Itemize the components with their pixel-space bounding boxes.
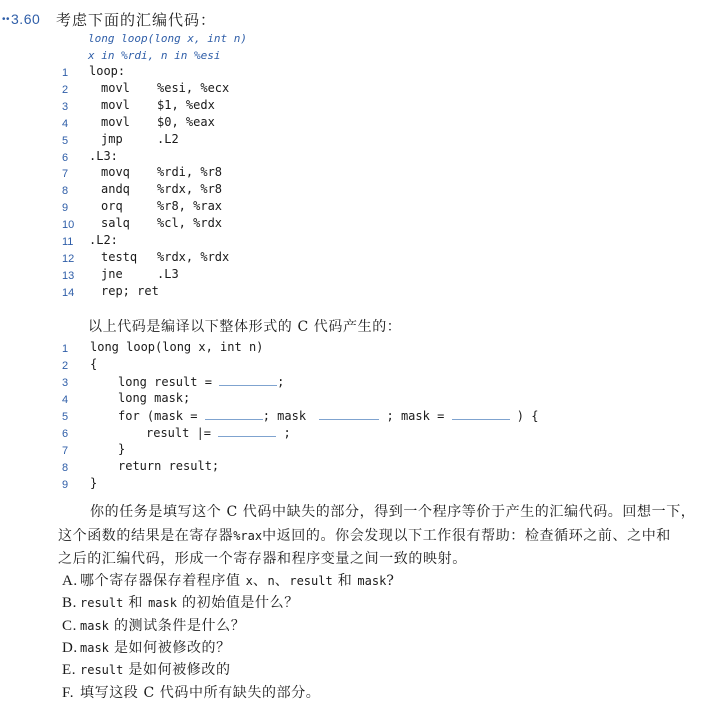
asm-line: orq%r8, %rax [101,199,222,213]
asm-opcode: rep; ret [101,284,159,298]
asm-opcode: movl [101,115,157,129]
asm-line: movl$0, %eax [101,115,215,129]
task-paragraph-line-3: 之后的汇编代码，形成一个寄存器和程序变量之间一致的映射。 [58,548,467,568]
c-line-4: long mask; [118,391,190,405]
line-number: 2 [62,360,82,372]
c-text: ; mask = [379,409,451,423]
line-number: 4 [62,118,82,130]
line-number: 12 [62,253,82,265]
question-item: E.result 是如何被修改的 [62,659,231,679]
c-text: for (mask = [118,409,205,423]
asm-operands: %esi, %ecx [157,81,229,95]
line-number: 9 [62,479,82,491]
c-text: ; mask [263,409,314,423]
register-name: %rax [233,529,262,543]
asm-line: salq%cl, %rdx [101,216,222,230]
exercise-heading: 考虑下面的汇编代码： [56,9,216,30]
line-number: 6 [62,152,82,164]
task-paragraph-line-2: 这个函数的结果是在寄存器%rax中返回的。你会发现以下工作很有帮助：检查循环之前… [58,525,671,545]
exercise-number-text: 3.60 [11,11,40,27]
question-label: B. [62,595,80,612]
question-item: A.哪个寄存器保存着程序值 x、n、result 和 mask? [62,570,394,590]
question-label: F. [62,685,80,702]
question-text: 的测试条件是什么？ [109,618,245,634]
asm-opcode: orq [101,199,157,213]
c-line-2: { [90,357,97,371]
asm-operands: %rdx, %rdx [157,250,229,264]
question-text: 填写这段 C 代码中所有缺失的部分。 [80,685,320,701]
exercise-number: ••3.60 [2,11,40,27]
line-number: 10 [62,219,82,231]
question-text: 、 [253,573,268,589]
asm-line: loop: [89,64,125,78]
asm-operands: $1, %edx [157,98,215,112]
c-line-3: long result = ; [118,374,284,389]
asm-opcode: testq [101,250,157,264]
blank-mask-update[interactable] [452,408,510,420]
question-text: 是如何被修改的？ [109,640,231,656]
blank-mask-init[interactable] [205,408,263,420]
line-number: 3 [62,101,82,113]
c-code-intro: 以上代码是编译以下整体形式的 C 代码产生的： [88,316,401,336]
asm-line: rep; ret [101,284,159,298]
line-number: 4 [62,394,82,406]
difficulty-marker: •• [2,14,10,25]
code-term: x [246,574,253,588]
asm-line: movl%esi, %ecx [101,81,229,95]
register-mapping: x in %rdi, n in %esi [88,49,220,62]
asm-line: .L3: [89,149,118,163]
line-number: 3 [62,377,82,389]
asm-opcode: jmp [101,132,157,146]
question-item: C.mask 的测试条件是什么？ [62,615,245,635]
line-number: 14 [62,287,82,299]
c-text: ; [277,375,284,389]
question-item: D.mask 是如何被修改的？ [62,637,231,657]
code-term: result [289,574,332,588]
asm-operands: .L3 [157,267,179,281]
c-text: ) { [510,409,539,423]
c-line-9: } [90,476,97,490]
asm-line: andq%rdx, %r8 [101,182,222,196]
line-number: 7 [62,168,82,180]
task-text: 中返回的。你会发现以下工作很有帮助：检查循环之前、之中和 [262,528,671,544]
c-line-6: result |= ; [146,425,291,440]
code-term: mask [80,641,109,655]
code-term: n [268,574,275,588]
question-label: E. [62,662,80,679]
line-number: 1 [62,343,82,355]
asm-opcode: jne [101,267,157,281]
blank-result-update[interactable] [218,425,276,437]
question-text: 的初始值是什么？ [177,595,299,611]
c-line-1: long loop(long x, int n) [90,340,263,354]
asm-line: jne.L3 [101,267,179,281]
question-text: 、 [275,573,290,589]
code-term: mask [148,596,177,610]
line-number: 1 [62,67,82,79]
asm-opcode: movl [101,98,157,112]
c-line-7: } [118,442,125,456]
asm-operands: .L2 [157,132,179,146]
line-number: 5 [62,135,82,147]
c-line-8: return result; [118,459,219,473]
code-term: result [80,596,123,610]
question-text: 和 [333,573,358,589]
function-signature: long loop(long x, int n) [88,32,247,45]
line-number: 7 [62,445,82,457]
line-number: 5 [62,411,82,423]
blank-result-init[interactable] [219,374,277,386]
line-number: 8 [62,462,82,474]
question-text: ? [386,573,394,589]
question-text: 是如何被修改的 [123,662,230,678]
asm-operands: $0, %eax [157,115,215,129]
asm-line: testq%rdx, %rdx [101,250,229,264]
code-term: mask [357,574,386,588]
line-number: 11 [62,236,82,248]
asm-opcode: movl [101,81,157,95]
task-paragraph-line-1: 你的任务是填写这个 C 代码中缺失的部分，得到一个程序等价于产生的汇编代码。回想… [90,501,695,521]
c-text: ; [276,426,290,440]
asm-operands: %rdx, %r8 [157,182,222,196]
code-term: mask [80,619,109,633]
question-item: F.填写这段 C 代码中所有缺失的部分。 [62,682,320,702]
blank-mask-test[interactable] [319,408,379,420]
code-term: result [80,663,123,677]
line-number: 6 [62,428,82,440]
task-text: 这个函数的结果是在寄存器 [58,528,233,544]
asm-opcode: salq [101,216,157,230]
line-number: 9 [62,202,82,214]
asm-operands: %r8, %rax [157,199,222,213]
question-item: B.result 和 mask 的初始值是什么？ [62,592,299,612]
c-text: result |= [146,426,218,440]
asm-opcode: andq [101,182,157,196]
asm-line: movq%rdi, %r8 [101,165,222,179]
line-number: 2 [62,84,82,96]
question-label: C. [62,618,80,635]
question-label: A. [62,573,80,590]
question-text: 和 [123,595,148,611]
asm-operands: %rdi, %r8 [157,165,222,179]
asm-opcode: movq [101,165,157,179]
question-label: D. [62,640,80,657]
asm-line: jmp.L2 [101,132,179,146]
question-text: 哪个寄存器保存着程序值 [80,573,246,589]
c-text: long result = [118,375,219,389]
asm-line: .L2: [89,233,118,247]
asm-operands: %cl, %rdx [157,216,222,230]
line-number: 13 [62,270,82,282]
asm-line: movl$1, %edx [101,98,215,112]
c-line-5: for (mask = ; mask ; mask = ) { [118,408,538,423]
line-number: 8 [62,185,82,197]
